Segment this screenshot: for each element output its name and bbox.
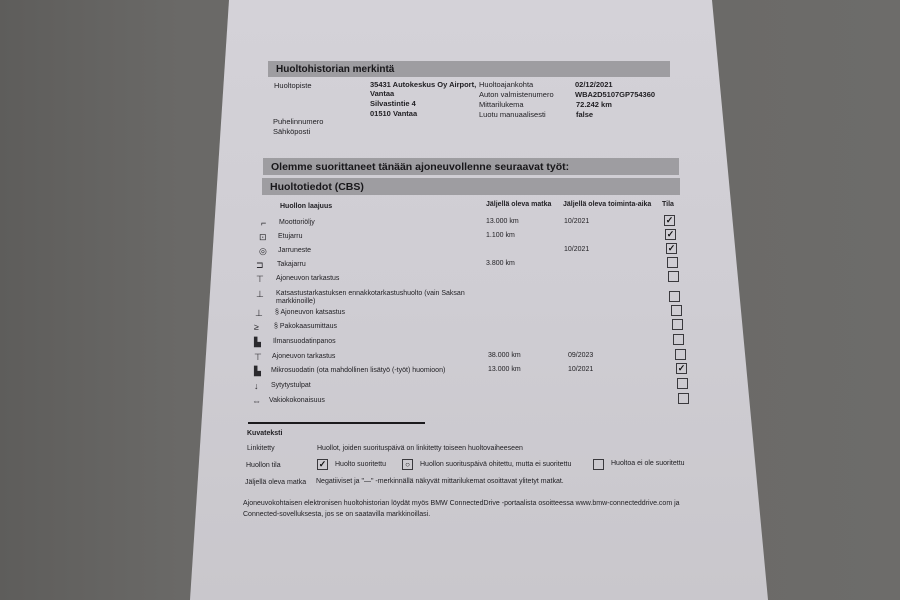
label-service-point: Huoltopiste <box>274 81 312 90</box>
vehicle-check-icon: ⊤ <box>256 274 264 285</box>
service-item-name: Sytytystulpat <box>271 382 311 389</box>
remaining-time: 10/2021 <box>568 366 593 373</box>
legend-status-label: Huollon tila <box>246 462 281 469</box>
pre-inspection-icon: ⊥ <box>256 289 264 300</box>
label-vin: Auton valmistenumero <box>479 90 554 99</box>
col-header-scope: Huollon laajuus <box>280 203 332 210</box>
legend-status-done: Huolto suoritettu <box>335 461 386 468</box>
status-checked-checkbox[interactable]: ✓ <box>665 229 676 240</box>
spark-plug-icon: ↓ <box>254 381 259 391</box>
air-filter-icon: ▙ <box>254 337 261 348</box>
microfilter-icon: ▙ <box>254 366 261 377</box>
status-empty-checkbox[interactable] <box>672 319 683 330</box>
legend-status-not-done: Huoltoa ei ole suoritettu <box>611 460 685 467</box>
col-header-time: Jäljellä oleva toiminta-aika <box>563 201 651 208</box>
status-checked-checkbox[interactable]: ✓ <box>664 215 675 226</box>
engine-oil-icon: ⌐ <box>261 218 266 228</box>
value-mileage: 72.242 km <box>576 100 612 109</box>
remaining-distance: 3.800 km <box>486 260 515 267</box>
document-page <box>0 0 900 600</box>
status-empty-checkbox[interactable] <box>671 305 682 316</box>
label-manual: Luotu manuaalisesti <box>479 110 546 119</box>
status-empty-checkbox[interactable] <box>673 334 684 345</box>
section-header-cbs: Huoltotiedot (CBS) <box>262 178 680 195</box>
brake-fluid-icon: ◎ <box>259 246 267 257</box>
emission-test-icon: ≥ <box>254 322 259 332</box>
status-checked-checkbox[interactable]: ✓ <box>676 363 687 374</box>
vehicle-inspection-icon: ⊥ <box>255 308 263 319</box>
service-item-name: Katsastustarkastuksen ennakkotarkastushu… <box>276 290 465 297</box>
service-point-line-4: 01510 Vantaa <box>370 109 417 118</box>
legend-overdue-icon: ○ <box>402 459 413 470</box>
section-title: Huoltohistorian merkintä <box>276 64 394 75</box>
service-item-name: Ajoneuvon tarkastus <box>272 353 335 360</box>
status-empty-checkbox[interactable] <box>675 349 686 360</box>
col-header-status: Tila <box>662 201 674 208</box>
service-item-name: § Ajoneuvon katsastus <box>275 309 345 316</box>
label-mileage: Mittarilukema <box>479 100 524 109</box>
legend-done-checkbox-icon: ✓ <box>317 459 328 470</box>
service-item-name: Ilmansuodatinpanos <box>273 338 336 345</box>
rear-brake-icon: ⊐ <box>256 260 264 271</box>
service-point-line-2: Vantaa <box>370 89 394 98</box>
service-item-name: Etujarru <box>278 233 303 240</box>
service-item-name: Ajoneuvon tarkastus <box>276 275 339 282</box>
service-item-name: § Pakokaasumittaus <box>274 323 337 330</box>
remaining-distance: 13.000 km <box>488 366 521 373</box>
value-vin: WBA2D5107GP754360 <box>575 90 655 99</box>
label-email: Sähköposti <box>273 127 310 136</box>
legend-linked-text: Huollot, joiden suorituspäivä on linkite… <box>317 445 523 452</box>
section-header-service-history: Huoltohistorian merkintä <box>268 61 670 77</box>
label-service-date: Huoltoajankohta <box>479 80 533 89</box>
status-checked-checkbox[interactable]: ✓ <box>666 243 677 254</box>
legend-not-done-checkbox-icon <box>593 459 604 470</box>
service-point-line-1: 35431 Autokeskus Oy Airport, <box>370 80 476 89</box>
legend-status-overdue: Huollon suorituspäivä ohitettu, mutta ei… <box>420 461 571 468</box>
service-item-name: Takajarru <box>277 261 306 268</box>
works-banner-text: Olemme suorittaneet tänään ajoneuvollenn… <box>271 161 569 173</box>
label-phone: Puhelinnumero <box>273 117 323 126</box>
vehicle-check-icon: ⊤ <box>254 352 262 363</box>
standard-package-icon: ⇔ <box>252 396 261 406</box>
service-item-name: Moottoriöljy <box>279 219 315 226</box>
service-item-name-cont: markkinoille) <box>276 298 315 305</box>
status-empty-checkbox[interactable] <box>678 393 689 404</box>
legend-linked-label: Linkitetty <box>247 445 275 452</box>
service-item-name: Jarruneste <box>278 247 311 254</box>
status-empty-checkbox[interactable] <box>668 271 679 282</box>
service-point-line-3: Silvastintie 4 <box>370 99 416 108</box>
remaining-time: 10/2021 <box>564 218 589 225</box>
legend-distance-text: Negatiiviset ja "—" -merkinnällä näkyvät… <box>316 478 564 485</box>
col-header-distance: Jäljellä oleva matka <box>486 201 551 208</box>
remaining-distance: 38.000 km <box>488 352 521 359</box>
remaining-time: 10/2021 <box>564 246 589 253</box>
footer-line-2: Connected-sovelluksesta, jos se on saata… <box>243 511 430 518</box>
legend-divider <box>248 422 425 424</box>
service-item-name: Vakiokokonaisuus <box>269 397 325 404</box>
legend-distance-label: Jäljellä oleva matka <box>245 479 306 486</box>
footer-line-1: Ajoneuvokohtaisen elektronisen huoltohis… <box>243 500 680 507</box>
remaining-distance: 13.000 km <box>486 218 519 225</box>
value-service-date: 02/12/2021 <box>575 80 613 89</box>
value-manual: false <box>576 110 593 119</box>
status-empty-checkbox[interactable] <box>677 378 688 389</box>
remaining-time: 09/2023 <box>568 352 593 359</box>
status-empty-checkbox[interactable] <box>667 257 678 268</box>
cbs-title: Huoltotiedot (CBS) <box>270 181 364 193</box>
works-banner: Olemme suorittaneet tänään ajoneuvollenn… <box>263 158 679 175</box>
service-item-name: Mikrosuodatin (ota mahdollinen lisätyö (… <box>271 367 445 374</box>
remaining-distance: 1.100 km <box>486 232 515 239</box>
legend-title: Kuvateksti <box>247 430 282 437</box>
front-brake-icon: ⊡ <box>259 232 267 243</box>
status-empty-checkbox[interactable] <box>669 291 680 302</box>
